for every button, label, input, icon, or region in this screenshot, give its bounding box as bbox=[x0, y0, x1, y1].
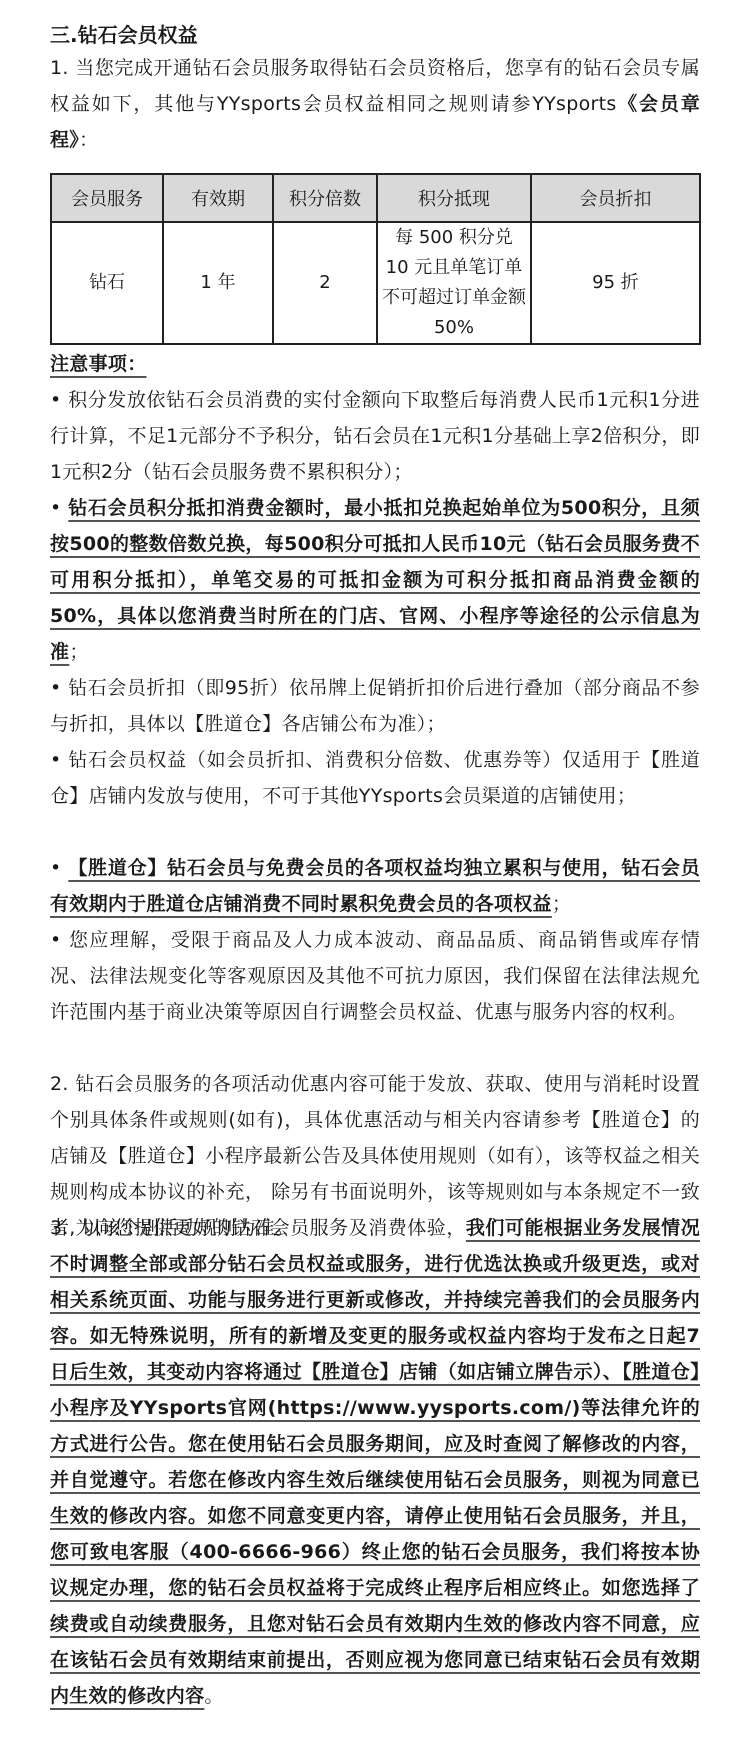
header-service: 会员服务 bbox=[51, 174, 163, 222]
notes-title: 注意事项： bbox=[50, 346, 700, 382]
section-title: 三.钻石会员权益 bbox=[50, 20, 198, 50]
note-item-2: • 钻石会员积分抵扣消费金额时，最小抵扣兑换起始单位为500积分，且须按500的… bbox=[50, 490, 700, 670]
header-validity: 有效期 bbox=[163, 174, 273, 222]
notes-title-text: 注意事项： bbox=[50, 353, 147, 375]
note-item-5-tail: ； bbox=[552, 893, 571, 915]
header-points-multiplier: 积分倍数 bbox=[273, 174, 377, 222]
paragraph-1-text: 1. 当您完成开通钻石会员服务取得钻石会员资格后，您享有的钻石会员专属权益如下，… bbox=[50, 57, 700, 115]
paragraph-1-suffix: ： bbox=[79, 129, 98, 151]
cell-service: 钻石 bbox=[51, 222, 163, 344]
note-item-3: • 钻石会员折扣（即95折）依吊牌上促销折扣价后进行叠加（部分商品不参与折扣，具… bbox=[50, 670, 700, 742]
note-item-2-emphasis: 钻石会员积分抵扣消费金额时，最小抵扣兑换起始单位为500积分，且须按500的整数… bbox=[50, 497, 700, 663]
bullet: • bbox=[50, 497, 68, 519]
diamond-benefits-table: 会员服务 有效期 积分倍数 积分抵现 会员折扣 钻石 1 年 2 每 500 积… bbox=[50, 173, 701, 345]
paragraph-3-emphasis: 我们可能根据业务发展情况不时调整全部或部分钻石会员权益或服务，进行优选汰换或升级… bbox=[50, 1217, 700, 1707]
note-item-1: • 积分发放依钻石会员消费的实付金额向下取整后每消费人民币1元积1分进行计算，不… bbox=[50, 382, 700, 490]
table-row: 钻石 1 年 2 每 500 积分兑 10 元且单笔订单不可超过订单金额 50%… bbox=[51, 222, 700, 344]
paragraph-3: 3. 为向您提供更好的钻石会员服务及消费体验，我们可能根据业务发展情况不时调整全… bbox=[50, 1210, 700, 1714]
cell-points-redemption: 每 500 积分兑 10 元且单笔订单不可超过订单金额 50% bbox=[377, 222, 531, 344]
cell-validity: 1 年 bbox=[163, 222, 273, 344]
header-discount: 会员折扣 bbox=[531, 174, 700, 222]
note-item-4: • 钻石会员权益（如会员折扣、消费积分倍数、优惠券等）仅适用于【胜道仓】店铺内发… bbox=[50, 742, 700, 814]
note-item-2-tail: ； bbox=[69, 641, 88, 663]
paragraph-3-tail: 。 bbox=[204, 1685, 223, 1707]
cell-discount: 95 折 bbox=[531, 222, 700, 344]
note-item-6: • 您应理解，受限于商品及人力成本波动、商品品质、商品销售或库存情况、法律法规变… bbox=[50, 922, 700, 1030]
header-points-redemption: 积分抵现 bbox=[377, 174, 531, 222]
paragraph-3-text: 3. 为向您提供更好的钻石会员服务及消费体验， bbox=[50, 1217, 466, 1239]
bullet: • bbox=[50, 857, 68, 879]
cell-points-multiplier: 2 bbox=[273, 222, 377, 344]
table-header-row: 会员服务 有效期 积分倍数 积分抵现 会员折扣 bbox=[51, 174, 700, 222]
paragraph-1: 1. 当您完成开通钻石会员服务取得钻石会员资格后，您享有的钻石会员专属权益如下，… bbox=[50, 50, 700, 158]
note-item-5: • 【胜道仓】钻石会员与免费会员的各项权益均独立累积与使用，钻石会员有效期内于胜… bbox=[50, 850, 700, 922]
note-item-5-emphasis: 【胜道仓】钻石会员与免费会员的各项权益均独立累积与使用，钻石会员有效期内于胜道仓… bbox=[50, 857, 700, 915]
